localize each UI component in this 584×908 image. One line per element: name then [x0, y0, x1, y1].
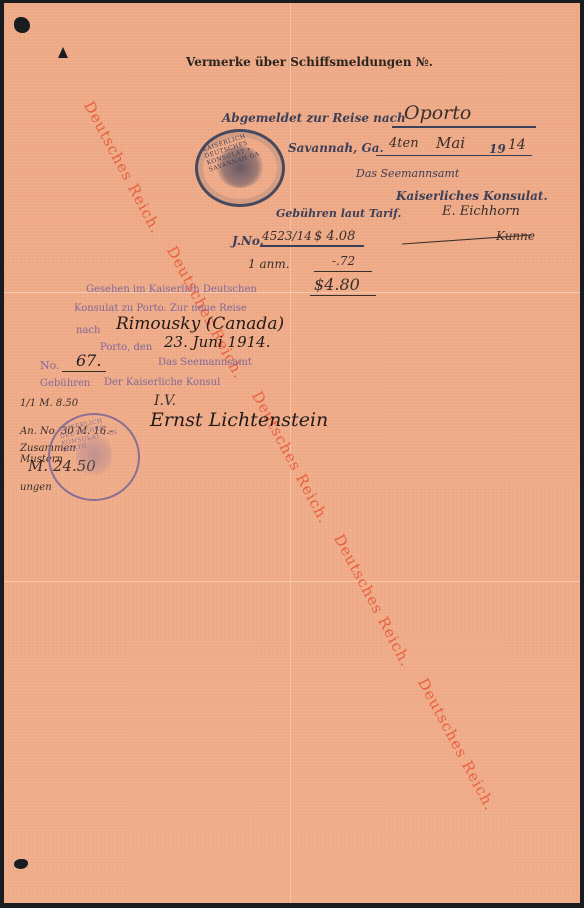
fee-line: 1/1 M. 8.50 [20, 397, 113, 411]
porto-date: 23. Juni 1914. [164, 333, 270, 351]
consul-label: Der Kaiserliche Konsul [104, 377, 220, 388]
fee-total: $4.80 [314, 275, 360, 294]
signature-kunne: Kunne [496, 229, 535, 243]
signature-prefix: I.V. [154, 393, 176, 409]
underline [310, 295, 376, 296]
porto-destination: Rimousky (Canada) [116, 314, 284, 334]
underline [392, 126, 536, 128]
consulate-seal-savannah: KAISERLICH DEUTSCHES KONSULAT • SAVANNAH… [195, 129, 285, 207]
watermark-text: Deutsches Reich. [330, 531, 415, 670]
underline [314, 271, 372, 272]
fee-line-2-amount: -.72 [332, 254, 355, 268]
fees-label: Gebühren laut Tarif. [276, 207, 401, 220]
watermark-text: Deutsches Reich. [414, 675, 499, 814]
porto-date-label: Porto, den [100, 342, 152, 353]
porto-number: 67. [76, 351, 101, 370]
departure-label: Abgemeldet zur Reise nach [222, 111, 406, 125]
underline [376, 155, 532, 156]
consulate-seal-porto: KAISERLICH DEUTSCHES KONSULAT • IN PORTO [48, 413, 140, 501]
departure-month: Mai [436, 134, 465, 152]
departure-year-suffix: 14 [508, 137, 526, 153]
underline [260, 245, 364, 247]
departure-year-prefix: 19 [489, 142, 506, 156]
number-label: No. [40, 359, 60, 372]
seemannsamt-label: Das Seemannsamt [356, 167, 459, 180]
punch-hole [58, 47, 68, 58]
departure-place: Savannah, Ga. [288, 141, 384, 155]
porto-seemannsamt-label: Das Seemannsamt [158, 357, 252, 368]
fee-line-2-label: 1 anm. [248, 257, 290, 271]
porto-line-2: Konsulat zu Porto. Zur neue Reise [74, 303, 247, 314]
departure-day: 4ten [389, 136, 419, 151]
signature-eichhorn: E. Eichhorn [442, 204, 520, 219]
porto-line-1: Gesehen im Kaiserlich Deutschen [86, 284, 257, 295]
signature-lichtenstein: Ernst Lichtenstein [150, 409, 328, 431]
departure-destination: Oporto [404, 102, 471, 124]
fee-amount-1: $ 4.08 [314, 229, 355, 244]
journal-number: 4523/14 [262, 229, 312, 243]
underline [62, 371, 106, 372]
punch-hole [14, 859, 28, 869]
document-page: Deutsches Reich. Deutsches Reich. Deutsc… [4, 3, 580, 903]
page-header: Vermerke über Schiffsmeldungen №. [186, 55, 433, 69]
fold-line [4, 581, 580, 582]
punch-hole [14, 17, 30, 33]
nach-label: nach [76, 325, 100, 336]
konsulat-label: Kaiserliches Konsulat. [396, 189, 548, 203]
watermark-text: Deutsches Reich. [80, 98, 165, 237]
